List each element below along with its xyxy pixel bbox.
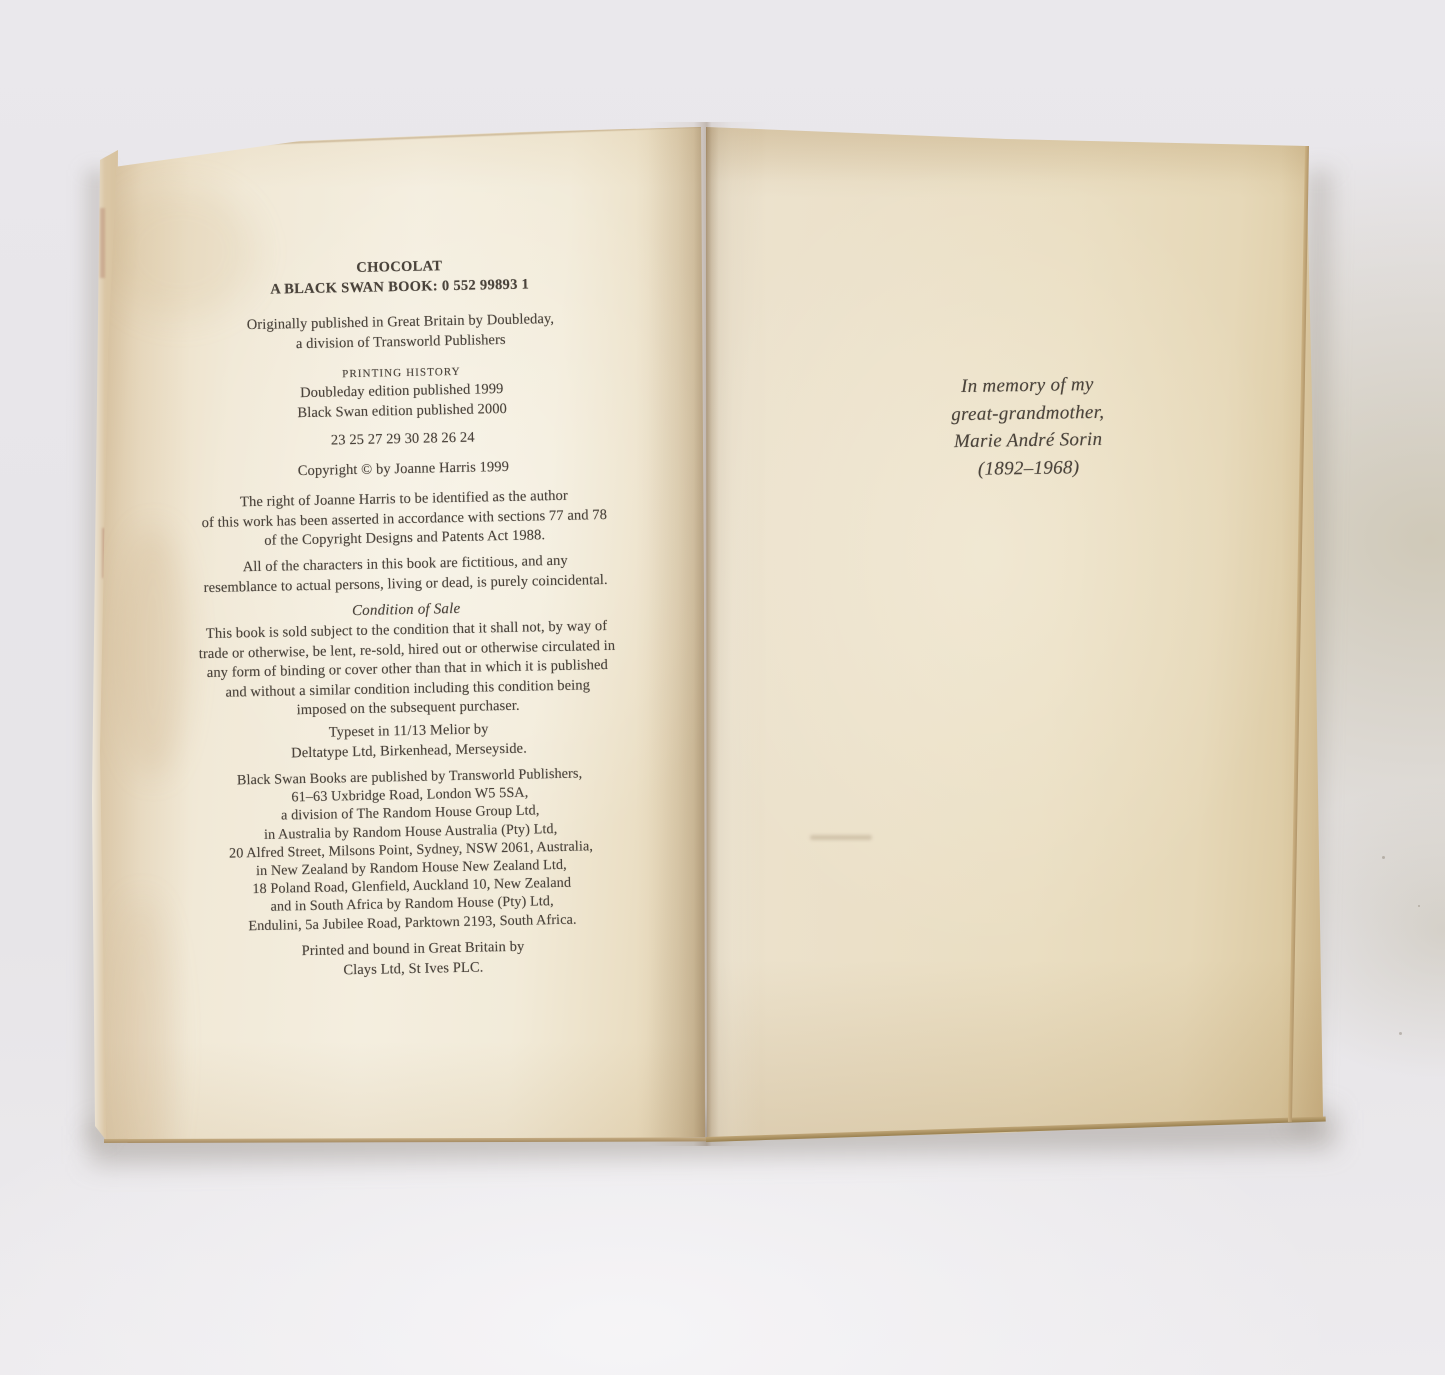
paragraph: Black Swan Books are published by Transw…	[124, 762, 697, 937]
photo-scene: CHOCOLATA BLACK SWAN BOOK: 0 552 99893 1…	[0, 0, 1445, 1375]
text-line: Copyright © by Joanne Harris 1999	[118, 454, 688, 485]
paragraph: Typeset in 11/13 Melior byDeltatype Ltd,…	[124, 716, 695, 766]
dust-speck	[1382, 856, 1385, 859]
paragraph: Printed and bound in Great Britain byCla…	[128, 934, 699, 984]
page-edge-mark	[100, 208, 105, 278]
dedication-line: great-grandmother,	[903, 398, 1153, 429]
dedication-text: In memory of my great-grandmother, Marie…	[902, 370, 1154, 484]
dedication-line: In memory of my	[902, 370, 1152, 401]
paragraph: Originally published in Great Britain by…	[115, 307, 686, 357]
paragraph: Condition of SaleThis book is sold subje…	[121, 594, 693, 724]
dust-speck	[1418, 905, 1420, 907]
paragraph: 23 25 27 29 30 28 26 24	[118, 424, 688, 455]
paragraph: PRINTING HISTORYDoubleday edition publis…	[116, 358, 687, 426]
dedication-line: Marie André Sorin	[903, 425, 1153, 456]
text-line: 23 25 27 29 30 28 26 24	[118, 424, 688, 455]
page-shading	[705, 127, 1326, 182]
paragraph: Copyright © by Joanne Harris 1999	[118, 454, 688, 485]
page-smudge	[810, 835, 872, 840]
dedication-page	[705, 127, 1326, 1142]
paragraph: CHOCOLATA BLACK SWAN BOOK: 0 552 99893 1	[114, 252, 685, 302]
dedication-line: (1892–1968)	[903, 453, 1153, 484]
left-page-text: CHOCOLATA BLACK SWAN BOOK: 0 552 99893 1…	[109, 0, 701, 1106]
paragraph: The right of Joanne Harris to be identif…	[119, 484, 690, 554]
paragraph: All of the characters in this book are f…	[120, 549, 691, 599]
dust-speck	[1399, 1032, 1402, 1035]
